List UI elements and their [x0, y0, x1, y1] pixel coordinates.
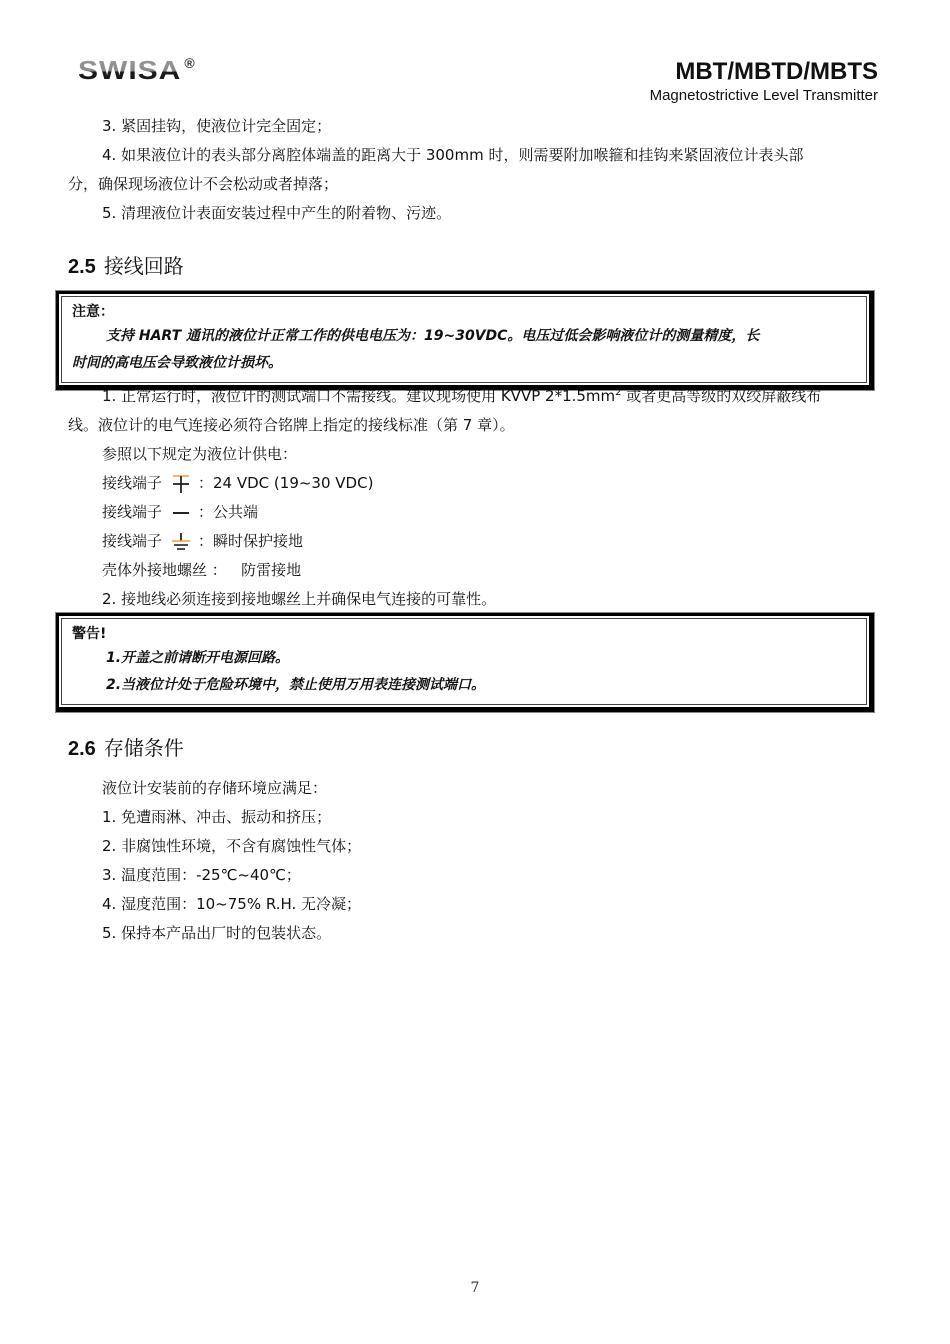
storage-item-1: 1. 免遭雨淋、冲击、振动和挤压；	[68, 803, 884, 832]
intro-item-5: 5. 清理液位计表面安装过程中产生的附着物、污迹。	[68, 199, 884, 228]
wiring-para-1-cont: 线。液位计的电气连接必须符合铭牌上指定的接线标准（第 7 章）。	[68, 411, 884, 440]
intro-item-3: 3. 紧固挂钩，使液位计完全固定；	[68, 112, 884, 141]
storage-item-2: 2. 非腐蚀性环境，不含有腐蚀性气体；	[68, 832, 884, 861]
document-header: MBT/MBTD/MBTS Magnetostrictive Level Tra…	[650, 58, 878, 106]
notice-label: 注意：	[72, 301, 858, 323]
section-title: 2.6存储条件	[68, 734, 184, 763]
ground-terminal-icon	[170, 532, 192, 552]
intro-item-4-cont: 分，确保现场液位计不会松动或者掉落；	[68, 170, 884, 199]
section-title: 2.5接线回路	[68, 252, 184, 281]
warning-box: 警告! 1.开盖之前请断开电源回路。 2.当液位计处于危险环境中，禁止使用万用表…	[55, 612, 875, 713]
terminal-minus-row: 接线端子 ：公共端	[68, 498, 884, 527]
plus-terminal-icon	[170, 474, 192, 494]
housing-ground-row: 壳体外接地螺丝 ： 防雷接地	[68, 556, 884, 585]
warning-item-2: 2.当液位计处于危险环境中，禁止使用万用表连接测试端口。	[72, 672, 858, 699]
terminal-plus-row: 接线端子 ：24 VDC (19~30 VDC)	[68, 469, 884, 498]
supply-intro: 参照以下规定为液位计供电：	[68, 440, 884, 469]
section-title-text: 存储条件	[104, 736, 184, 760]
warning-label: 警告!	[72, 623, 858, 645]
notice-text-line2: 时间的高电压会导致液位计损坏。	[72, 350, 858, 377]
registered-mark: ®	[184, 55, 194, 71]
page-number: 7	[0, 1280, 950, 1296]
product-subtitle: Magnetostrictive Level Transmitter	[650, 86, 878, 106]
intro-item-4: 4. 如果液位计的表头部分离腔体端盖的距离大于 300mm 时，则需要附加喉箍和…	[68, 141, 884, 170]
storage-intro: 液位计安装前的存储环境应满足：	[68, 774, 884, 803]
section-number: 2.6	[68, 738, 96, 760]
storage-content: 液位计安装前的存储环境应满足： 1. 免遭雨淋、冲击、振动和挤压； 2. 非腐蚀…	[68, 774, 884, 948]
page-content: 3. 紧固挂钩，使液位计完全固定； 4. 如果液位计的表头部分离腔体端盖的距离大…	[68, 112, 884, 228]
logo-wordmark: SWISA	[78, 57, 181, 86]
notice-box: 注意： 支持 HART 通讯的液位计正常工作的供电电压为：19~30VDC。电压…	[55, 290, 875, 391]
section-number: 2.5	[68, 256, 96, 278]
section-2-5-heading: 2.5接线回路	[68, 252, 184, 281]
section-title-text: 接线回路	[104, 254, 184, 278]
warning-item-1: 1.开盖之前请断开电源回路。	[72, 645, 858, 672]
wiring-para-2: 2. 接地线必须连接到接地螺丝上并确保电气连接的可靠性。	[68, 585, 884, 614]
notice-text-line1: 支持 HART 通讯的液位计正常工作的供电电压为：19~30VDC。电压过低会影…	[72, 323, 858, 350]
product-model: MBT/MBTD/MBTS	[650, 58, 878, 86]
storage-item-5: 5. 保持本产品出厂时的包装状态。	[68, 919, 884, 948]
terminal-ground-row: 接线端子 ：瞬时保护接地	[68, 527, 884, 556]
wiring-content: 1. 正常运行时，液位计的测试端口不需接线。建议现场使用 KVVP 2*1.5m…	[68, 382, 884, 614]
section-2-6-heading: 2.6存储条件	[68, 734, 184, 763]
storage-item-4: 4. 湿度范围：10~75% R.H. 无冷凝；	[68, 890, 884, 919]
wiring-para-1: 1. 正常运行时，液位计的测试端口不需接线。建议现场使用 KVVP 2*1.5m…	[68, 382, 884, 411]
storage-item-3: 3. 温度范围：-25℃~40℃；	[68, 861, 884, 890]
minus-terminal-icon	[170, 503, 192, 523]
brand-logo: SWISA ®	[78, 57, 195, 91]
